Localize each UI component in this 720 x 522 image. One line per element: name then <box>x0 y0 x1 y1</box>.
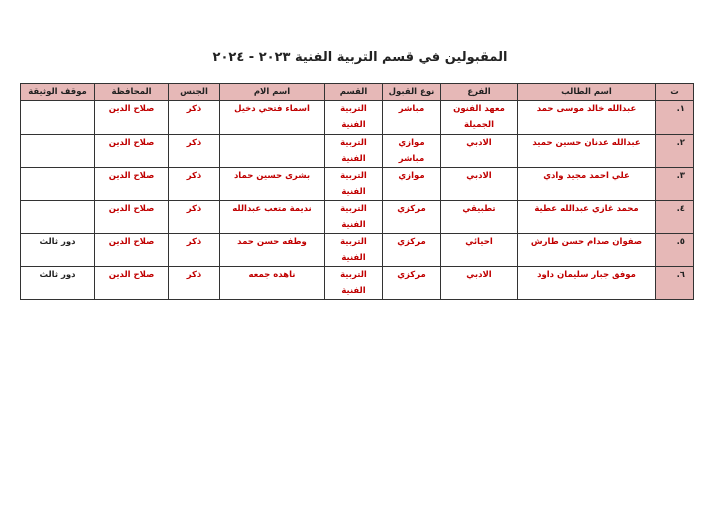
cell-student-name: محمد غازي عبدالله عطية <box>518 201 656 234</box>
cell-mother-name: ناهده جمعه <box>220 267 325 300</box>
cell-student-name: صفوان صدام حسن طارش <box>518 234 656 267</box>
header-student-name: اسم الطالب <box>518 84 656 101</box>
cell-gender: ذكر <box>169 168 220 201</box>
cell-province: صلاح الدين <box>95 101 169 135</box>
page-title: المقبولين في قسم التربية الفنية ٢٠٢٣ - ٢… <box>0 50 720 65</box>
cell-department: التربية الفنية <box>325 168 383 201</box>
cell-gender: ذكر <box>169 135 220 168</box>
cell-index: ٥. <box>656 234 694 267</box>
table-row: ٦. موفق جبار سليمان داود الادبي مركزي ال… <box>21 267 694 300</box>
cell-admission-type: مباشر <box>383 101 441 135</box>
cell-province: صلاح الدين <box>95 135 169 168</box>
cell-department: التربية الفنية <box>325 101 383 135</box>
cell-admission-type: مركزي <box>383 267 441 300</box>
cell-index: ٢. <box>656 135 694 168</box>
table-row: ٤. محمد غازي عبدالله عطية تطبيقي مركزي ا… <box>21 201 694 234</box>
cell-province: صلاح الدين <box>95 234 169 267</box>
cell-admission-type: مركزي <box>383 234 441 267</box>
cell-branch: الادبي <box>441 168 518 201</box>
cell-student-name: عبدالله عدنان حسين حميد <box>518 135 656 168</box>
cell-document-status <box>21 101 95 135</box>
cell-gender: ذكر <box>169 267 220 300</box>
cell-branch: الادبي <box>441 267 518 300</box>
cell-branch: الادبي <box>441 135 518 168</box>
cell-index: ٣. <box>656 168 694 201</box>
cell-branch: احيائي <box>441 234 518 267</box>
cell-mother-name: اسماء فتحي دخيل <box>220 101 325 135</box>
table-row: ٢. عبدالله عدنان حسين حميد الادبي موازي … <box>21 135 694 168</box>
cell-student-name: عبدالله خالد موسى حمد <box>518 101 656 135</box>
cell-branch: تطبيقي <box>441 201 518 234</box>
cell-branch: معهد الفنون الجميلة <box>441 101 518 135</box>
cell-document-status: دور ثالث <box>21 267 95 300</box>
cell-province: صلاح الدين <box>95 201 169 234</box>
cell-department: التربية الفنية <box>325 267 383 300</box>
header-mother-name: اسم الام <box>220 84 325 101</box>
cell-index: ٦. <box>656 267 694 300</box>
table-row: ١. عبدالله خالد موسى حمد معهد الفنون الج… <box>21 101 694 135</box>
cell-document-status <box>21 135 95 168</box>
table-row: ٥. صفوان صدام حسن طارش احيائي مركزي التر… <box>21 234 694 267</box>
header-department: القسم <box>325 84 383 101</box>
cell-document-status <box>21 168 95 201</box>
cell-document-status: دور ثالث <box>21 234 95 267</box>
cell-gender: ذكر <box>169 201 220 234</box>
header-gender: الجنس <box>169 84 220 101</box>
cell-mother-name: بشرى حسين حماد <box>220 168 325 201</box>
cell-admission-type: موازي <box>383 168 441 201</box>
header-branch: الفرع <box>441 84 518 101</box>
cell-admission-type: موازي مباشر <box>383 135 441 168</box>
cell-mother-name: وطفه حسن حمد <box>220 234 325 267</box>
cell-province: صلاح الدين <box>95 168 169 201</box>
cell-department: التربية الفنية <box>325 135 383 168</box>
header-admission-type: نوع القبول <box>383 84 441 101</box>
cell-student-name: موفق جبار سليمان داود <box>518 267 656 300</box>
cell-index: ٤. <box>656 201 694 234</box>
cell-index: ١. <box>656 101 694 135</box>
header-province: المحافظة <box>95 84 169 101</box>
cell-department: التربية الفنية <box>325 201 383 234</box>
header-document-status: موقف الوثيقة <box>21 84 95 101</box>
table-row: ٣. علي احمد مجيد وادي الادبي موازي الترب… <box>21 168 694 201</box>
cell-admission-type: مركزي <box>383 201 441 234</box>
header-index: ت <box>656 84 694 101</box>
header-row: ت اسم الطالب الفرع نوع القبول القسم اسم … <box>21 84 694 101</box>
cell-department: التربية الفنية <box>325 234 383 267</box>
cell-gender: ذكر <box>169 101 220 135</box>
cell-mother-name: نديمة متعب عبدالله <box>220 201 325 234</box>
cell-student-name: علي احمد مجيد وادي <box>518 168 656 201</box>
cell-mother-name <box>220 135 325 168</box>
cell-document-status <box>21 201 95 234</box>
cell-gender: ذكر <box>169 234 220 267</box>
cell-province: صلاح الدين <box>95 267 169 300</box>
admissions-table: ت اسم الطالب الفرع نوع القبول القسم اسم … <box>20 83 694 300</box>
